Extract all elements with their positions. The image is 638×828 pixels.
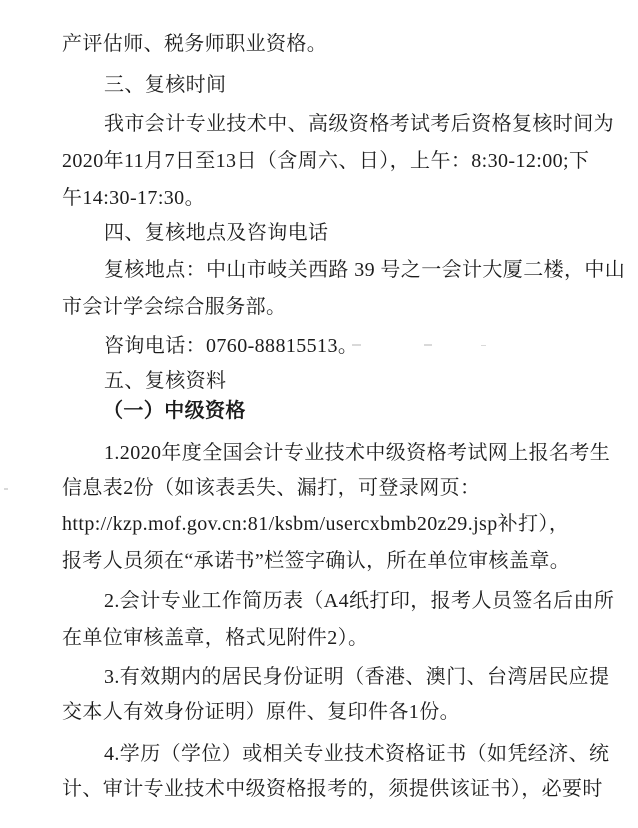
paragraph-review-time-line1: 我市会计专业技术中、高级资格考试考后资格复核时间为 xyxy=(104,111,614,137)
scan-artifact xyxy=(481,345,486,346)
item4-certificates-line2: 计、审计专业技术中级资格报考的，须提供该证书），必要时 xyxy=(62,776,603,802)
subheading-intermediate-qualification: （一）中级资格 xyxy=(103,398,246,424)
paragraph-inquiry-phone: 咨询电话：0760-88815513。 xyxy=(104,333,358,359)
paragraph-location-line1: 复核地点：中山市岐关西路 39 号之一会计大厦二楼，中山 xyxy=(104,257,625,283)
item1-application-form-line1: 1.2020年度全国会计专业技术中级资格考试网上报名考生 xyxy=(104,440,610,466)
item1-reprint-url: http://kzp.mof.gov.cn:81/ksbm/usercxbmb2… xyxy=(62,511,569,537)
item3-identity-proof-line1: 3.有效期内的居民身份证明（香港、澳门、台湾居民应提 xyxy=(104,664,609,690)
heading-section-4-location-phone: 四、复核地点及咨询电话 xyxy=(104,220,328,246)
item1-application-form-line2: 信息表2份（如该表丢失、漏打，可登录网页： xyxy=(62,475,480,501)
heading-section-3-review-time: 三、复核时间 xyxy=(104,72,226,98)
scan-artifact xyxy=(352,344,361,346)
item1-application-form-line4: 报考人员须在“承诺书”栏签字确认，所在单位审核盖章。 xyxy=(62,548,570,574)
heading-section-5-review-materials: 五、复核资料 xyxy=(104,368,226,394)
scan-artifact xyxy=(4,488,8,490)
paragraph-review-time-line3: 午14:30-17:30。 xyxy=(62,185,205,211)
item2-work-resume-line1: 2.会计专业工作简历表（A4纸打印，报考人员签名后由所 xyxy=(104,588,614,614)
scanned-document-page: 产评估师、税务师职业资格。 三、复核时间 我市会计专业技术中、高级资格考试考后资… xyxy=(0,0,638,828)
item2-work-resume-line2: 在单位审核盖章，格式见附件2）。 xyxy=(62,625,368,651)
item3-identity-proof-line2: 交本人有效身份证明）原件、复印件各1份。 xyxy=(62,699,460,725)
item4-certificates-line1: 4.学历（学位）或相关专业技术资格证书（如凭经济、统 xyxy=(104,741,609,767)
paragraph-tail-qualifications: 产评估师、税务师职业资格。 xyxy=(62,31,327,57)
paragraph-review-time-line2: 2020年11月7日至13日（含周六、日），上午：8:30-12:00;下 xyxy=(62,148,589,174)
paragraph-location-line2: 市会计学会综合服务部。 xyxy=(62,294,286,320)
scan-artifact xyxy=(424,344,432,346)
